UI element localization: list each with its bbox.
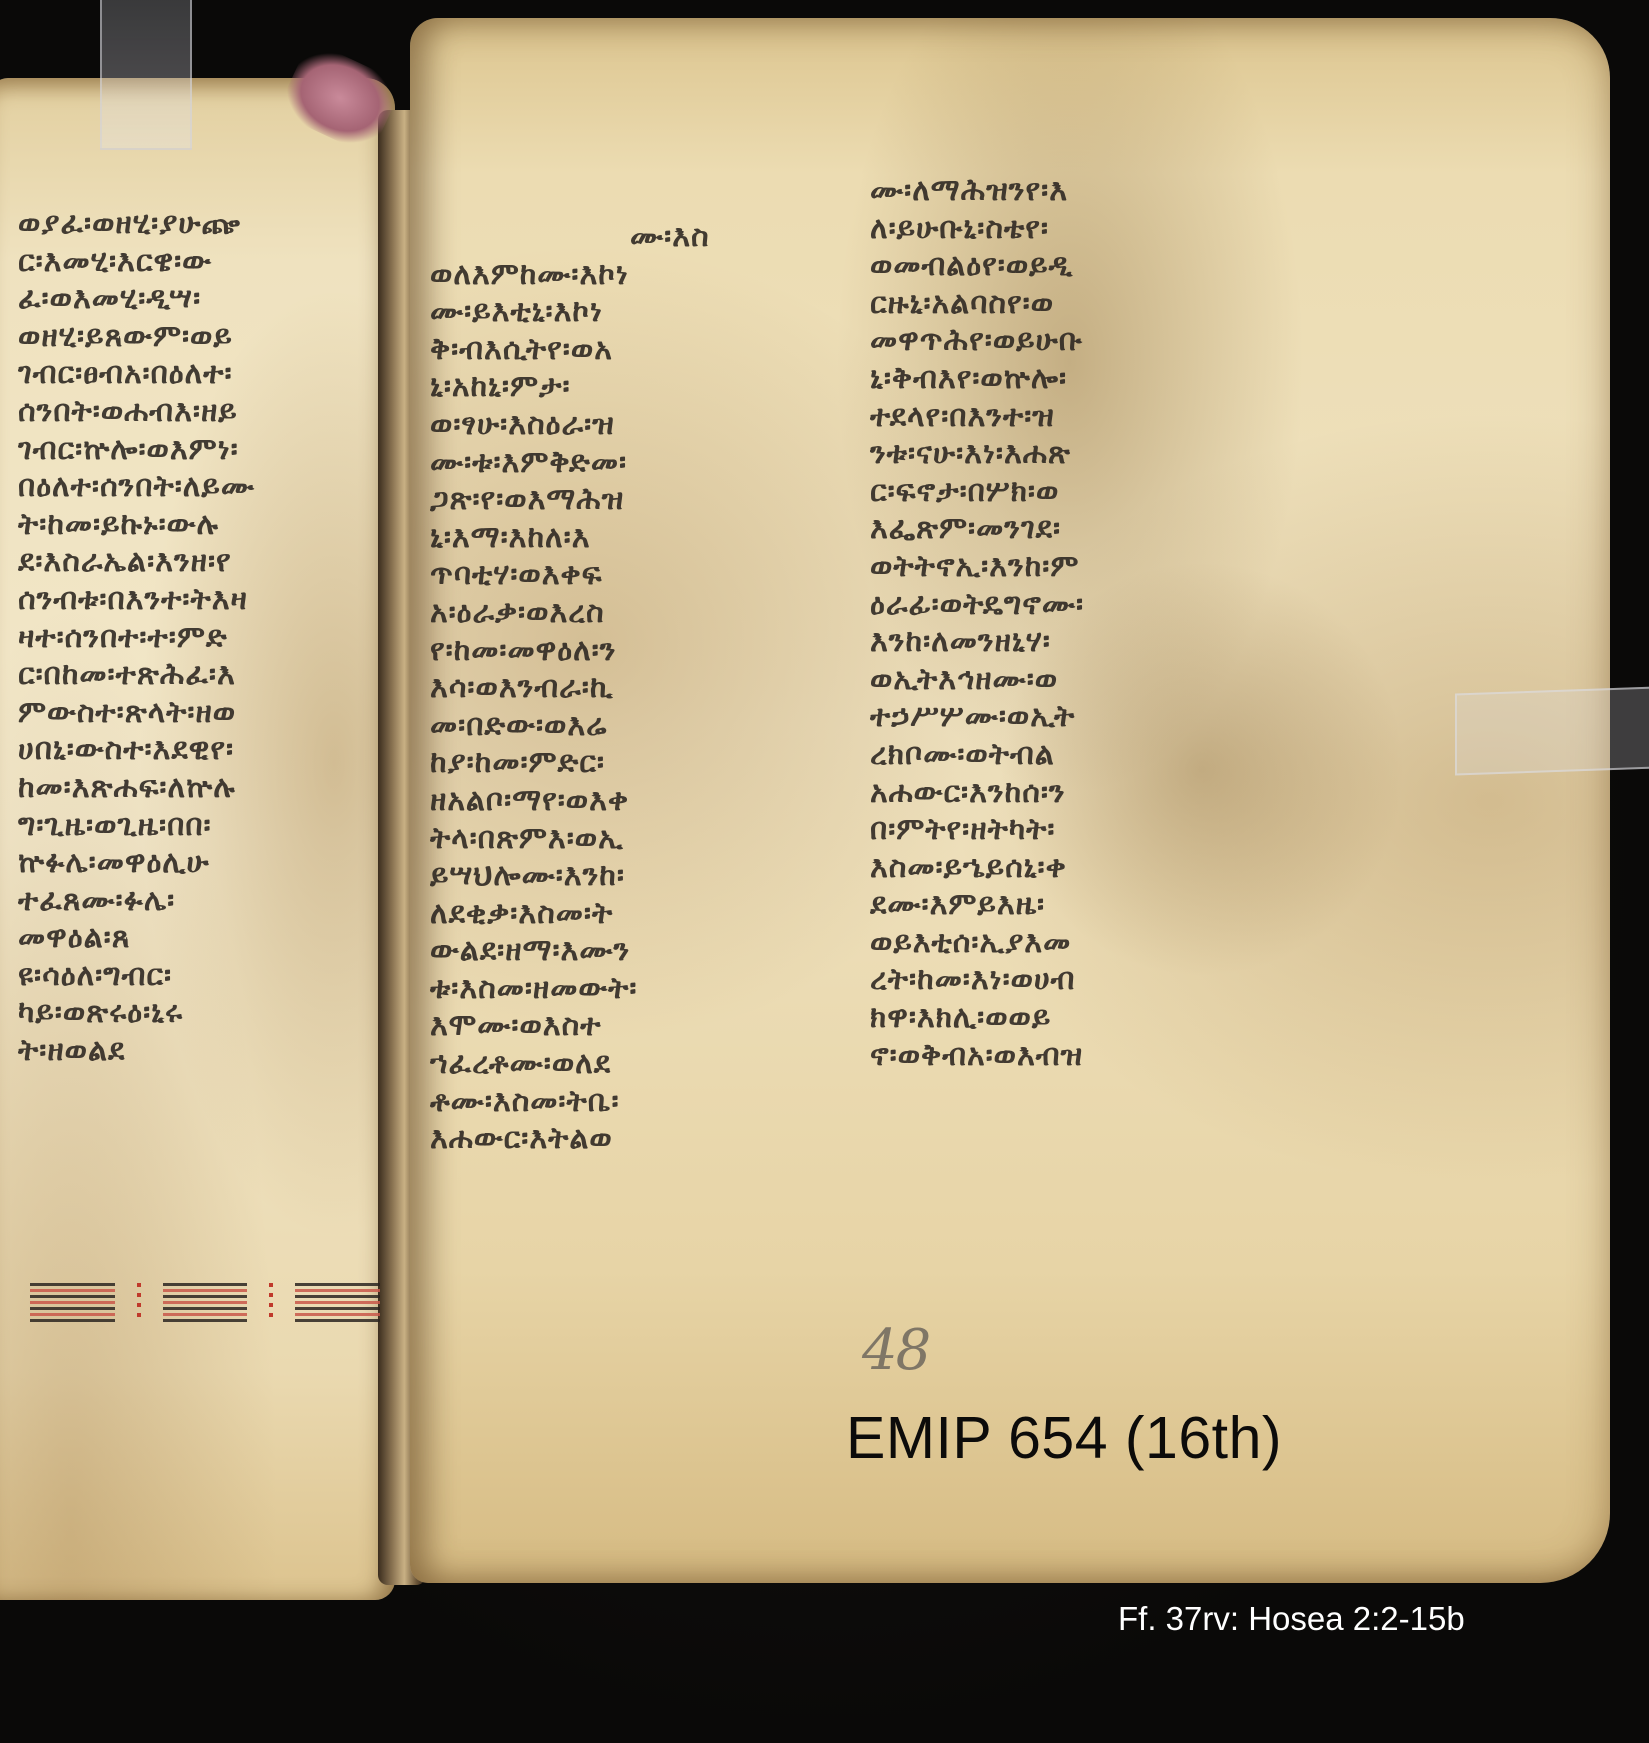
harag-separator [137, 1283, 141, 1323]
manuscript-id-caption: EMIP 654 (16th) [846, 1404, 1282, 1472]
text-line: ሙ፡እስ [430, 218, 830, 256]
text-line: ዕራፊ፡ወትዴግኖሙ፡ [870, 586, 1310, 624]
text-line: ወዘሂ፡ይጸውም፡ወይ [18, 318, 388, 356]
text-line: መዋዕል፡ጸ [18, 919, 388, 957]
text-line: እሞሙ፡ወእስተ [430, 1007, 830, 1045]
text-line: ኵፉሌ፡መዋዕሊሁ [18, 844, 388, 882]
text-line: ወለእምከሙ፡እኮነ [430, 256, 830, 294]
text-line: ወ፡ፃሁ፡እስዕራ፡ዝ [430, 406, 830, 444]
text-line: ዛተ፡ሰንበተ፡ተ፡ምድ [18, 619, 388, 657]
harag-separator [269, 1283, 273, 1323]
text-line: ኒ፡ቅብእየ፡ወኵሎ፡ [870, 360, 1310, 398]
text-line: አሐውር፡እንከሰ፡ን [870, 774, 1310, 812]
text-line: ር፡እመሂ፡እርዌ፡ው [18, 243, 388, 281]
folio-number: 48 [862, 1318, 929, 1383]
text-line: ገብር፡ፀብአ፡በዕለተ፡ [18, 355, 388, 393]
text-line: ት፡ዘወልደ [18, 1032, 388, 1070]
text-line: በ፡ምትየ፡ዘትካት፡ [870, 811, 1310, 849]
text-line: ረክቦሙ፡ወትብል [870, 736, 1310, 774]
text-line: ክዋ፡እክሊ፡ወወይ [870, 999, 1310, 1037]
text-line: ወመብልዕየ፡ወይዲ [870, 247, 1310, 285]
ornamental-harag-band [30, 1283, 380, 1323]
text-line: ገብር፡ኵሎ፡ወእምነ፡ [18, 431, 388, 469]
text-line: እፌጽም፡መንገደ፡ [870, 510, 1310, 548]
text-line: ደሙ፡እምይእዜ፡ [870, 886, 1310, 924]
text-line: እሳ፡ወእንብራ፡ኪ [430, 669, 830, 707]
text-line: ር፡በከመ፡ተጽሕፈ፡እ [18, 656, 388, 694]
text-line: ትላ፡በጽምእ፡ወኢ [430, 820, 830, 858]
text-line: ር፡ፍኖታ፡በሦክ፡ወ [870, 473, 1310, 511]
text-line: ቶሙ፡እስመ፡ትቤ፡ [430, 1083, 830, 1121]
mounting-tab-right [1455, 686, 1649, 775]
text-line: ፈ፡ወእመሂ፡ዲሣ፡ [18, 280, 388, 318]
text-line: ኒ፡አከኒ፡ምታ፡ [430, 368, 830, 406]
harag-segment [163, 1283, 248, 1323]
text-line: ኀፈረቶሙ፡ወለደ [430, 1045, 830, 1083]
text-line: ዘአልቦ፡ማየ፡ወእቀ [430, 782, 830, 820]
text-line: እንከ፡ለመንዘኒሃ፡ [870, 623, 1310, 661]
mounting-tab-top [100, 0, 192, 150]
text-line: ይሣህሎሙ፡እንከ፡ [430, 857, 830, 895]
text-line: መዋጥሕየ፡ወይሁቡ [870, 322, 1310, 360]
text-line: ጋጽ፡የ፡ወእማሕዝ [430, 481, 830, 519]
text-line: ሙ፡ቱ፡እምቅድመ፡ [430, 444, 830, 482]
text-line: ት፡ከመ፡ይኩኑ፡ውሉ [18, 506, 388, 544]
text-line: ሙ፡ይእቲኒ፡እኮነ [430, 293, 830, 331]
text-line: ኖ፡ወቅብአ፡ወእብዝ [870, 1037, 1310, 1075]
text-line: ለደቂቃ፡እስመ፡ት [430, 895, 830, 933]
text-line: ለ፡ይሁቡኒ፡ስቴየ፡ [870, 210, 1310, 248]
text-line: ተፈጸሙ፡ፉሌ፡ [18, 882, 388, 920]
text-line: ተኃሥሦሙ፡ወኢት [870, 698, 1310, 736]
text-line: ረት፡ከመ፡እነ፡ወሀብ [870, 961, 1310, 999]
text-line: ንቱ፡ናሁ፡እነ፡እሐጽ [870, 435, 1310, 473]
text-line: ከመ፡እጽሐፍ፡ለኵሉ [18, 769, 388, 807]
text-line: ሰንበት፡ወሐብእ፡ዘይ [18, 393, 388, 431]
folio-reference-caption: Ff. 37rv: Hosea 2:2-15b [1118, 1600, 1465, 1638]
text-line: ቅ፡ብእሲትየ፡ወአ [430, 331, 830, 369]
text-line: ወትትኖኢ፡እንከ፡ም [870, 548, 1310, 586]
text-line: እስመ፡ይኄይሰኒ፡ቀ [870, 849, 1310, 887]
text-line: ከያ፡ከመ፡ምድር፡ [430, 744, 830, 782]
text-line: ርዙኒ፡አልባስየ፡ወ [870, 285, 1310, 323]
text-line: ውልደ፡ዘማ፡እሙን [430, 932, 830, 970]
text-line: አ፡ዕራቃ፡ወእረስ [430, 594, 830, 632]
text-line: ወይእቲሰ፡ኢያእመ [870, 924, 1310, 962]
text-line: ምውስተ፡ጽላት፡ዘወ [18, 694, 388, 732]
text-line: ወኢትእኅዘሙ፡ወ [870, 661, 1310, 699]
text-line: ደ፡እስራኤል፡እንዘ፡የ [18, 543, 388, 581]
text-line: በዕለተ፡ሰንበት፡ለይሙ [18, 468, 388, 506]
text-line: ሙ፡ለማሕዝንየ፡እ [870, 172, 1310, 210]
left-page-text: ወያፈ፡ወዘሂ፡ያሁጬ ር፡እመሂ፡እርዌ፡ው ፈ፡ወእመሂ፡ዲሣ፡ ወዘሂ፡ይ… [18, 205, 388, 1070]
text-line: ወያፈ፡ወዘሂ፡ያሁጬ [18, 205, 388, 243]
text-line: እሐውር፡እትልወ [430, 1120, 830, 1158]
text-line: ጥባቲሃ፡ወእቀፍ [430, 556, 830, 594]
text-line: ቱ፡እስመ፡ዘመውት፡ [430, 970, 830, 1008]
text-line: ግ፡ጊዜ፡ወጊዜ፡በበ፡ [18, 807, 388, 845]
text-line: ኒ፡እማ፡እከለ፡እ [430, 519, 830, 557]
right-page-column-1: ሙ፡እስ ወለእምከሙ፡እኮነ ሙ፡ይእቲኒ፡እኮነ ቅ፡ብእሲትየ፡ወአ ኒ፡… [430, 218, 830, 1158]
text-line: ካይ፡ወጽሩዕ፡ኒሩ [18, 994, 388, 1032]
harag-segment [30, 1283, 115, 1323]
text-line: ሀበኒ፡ውስተ፡እደዊየ፡ [18, 731, 388, 769]
text-line: የ፡ከመ፡መዋዕለ፡ን [430, 632, 830, 670]
text-line: ሰንብቱ፡በእንተ፡ትእዛ [18, 581, 388, 619]
text-line: ዩ፡ሳዕለ፡ግብር፡ [18, 957, 388, 995]
text-line: ተደላየ፡በእንተ፡ዝ [870, 398, 1310, 436]
text-line: መ፡በድው፡ወእሬ [430, 707, 830, 745]
right-page-column-2: ሙ፡ለማሕዝንየ፡እ ለ፡ይሁቡኒ፡ስቴየ፡ ወመብልዕየ፡ወይዲ ርዙኒ፡አል… [870, 172, 1310, 1074]
harag-segment [295, 1283, 380, 1323]
